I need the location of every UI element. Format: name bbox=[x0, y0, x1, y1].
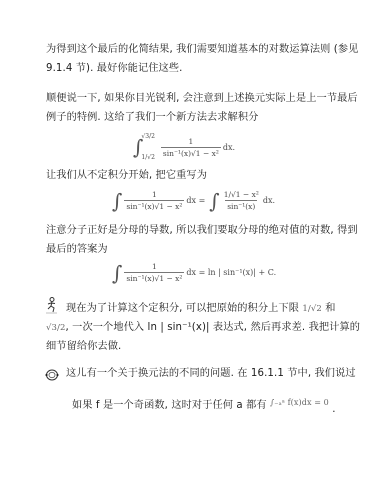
lhs-fraction: 1 sin⁻¹(x)√1 − x² bbox=[124, 190, 184, 211]
paragraph-6-line-2: 如果 f 是一个奇函数, 这时对于任何 a 都有 ∫₋ₐᵃ f(x)dx = 0… bbox=[72, 399, 336, 413]
paragraph-5-line-2: √3/2, 一次一个地代入 ln | sin⁻¹(x)| 表达式, 然后再求差.… bbox=[46, 321, 360, 335]
p5-upper-bound: √3/2 bbox=[46, 323, 66, 333]
rewritten-integral-equation: ∫ 1 sin⁻¹(x)√1 − x² dx = ∫ 1/√1 − x² sin… bbox=[112, 190, 275, 211]
paragraph-5-line-3: 细节留给你去做. bbox=[46, 340, 121, 354]
p5-line1-and: 和 bbox=[325, 303, 335, 314]
lhs-denominator: sin⁻¹(x)√1 − x² bbox=[124, 200, 184, 211]
denominator: sin⁻¹(x)√1 − x² bbox=[124, 272, 184, 283]
paragraph-6-line-1: 这儿有一个关于换元法的不同的问题. 在 16.1.1 节中, 我们说过 bbox=[66, 367, 356, 381]
lhs-numerator: 1 bbox=[150, 190, 159, 200]
upper-limit: √3/2 bbox=[141, 133, 154, 140]
rhs-numerator: 1/√1 − x² bbox=[222, 190, 261, 200]
denominator: sin⁻¹(x)√1 − x² bbox=[161, 147, 221, 158]
paragraph-2-line-2: 例子的特例. 这给了我们一个新方法去求解积分 bbox=[46, 111, 258, 125]
p6-period: . bbox=[332, 404, 335, 415]
target-icon bbox=[45, 366, 59, 385]
paragraph-2-line-1: 顺便说一下, 如果你目光锐利, 会注意到上述换元实际上是上一节最后 bbox=[46, 92, 358, 106]
integral-sign: ∫ bbox=[112, 263, 122, 283]
lower-limit: 1/√2 bbox=[141, 154, 154, 161]
paragraph-4-line-1: 注意分子正好是分母的导数, 所以我们要取分母的绝对值的对数, 得到 bbox=[46, 224, 358, 238]
result: dx = ln | sin⁻¹(x)| + C. bbox=[186, 268, 276, 277]
fraction: 1 sin⁻¹(x)√1 − x² bbox=[124, 262, 184, 283]
lhs-tail: dx = bbox=[186, 196, 205, 205]
final-answer-equation: ∫ 1 sin⁻¹(x)√1 − x² dx = ln | sin⁻¹(x)| … bbox=[112, 262, 276, 283]
p5-line1-text: 现在为了计算这个定积分, 可以把原始的积分上下限 bbox=[66, 303, 299, 314]
rhs-denominator: sin⁻¹(x) bbox=[225, 200, 257, 211]
paragraph-3-line-1: 让我们从不定积分开始, 把它重写为 bbox=[46, 169, 207, 183]
paragraph-5-line-1: 现在为了计算这个定积分, 可以把原始的积分上下限 1/√2 和 bbox=[66, 302, 335, 316]
rhs-tail: dx. bbox=[263, 196, 275, 205]
paragraph-1-line-2: 9.1.4 节). 最好你能记住这些. bbox=[46, 62, 182, 76]
numerator: 1 bbox=[150, 262, 159, 272]
integral-sign: ∫ bbox=[209, 191, 219, 211]
paragraph-1-line-1: 为得到这个最后的化简结果, 我们需要知道基本的对数运算法则 (参见 bbox=[46, 43, 358, 57]
p5-line2-text: , 一次一个地代入 ln | sin⁻¹(x)| 表达式, 然后再求差. 我把计… bbox=[66, 322, 361, 333]
p6-odd-function-integral: ∫₋ₐᵃ f(x)dx = 0 bbox=[270, 398, 329, 407]
differential: dx. bbox=[223, 143, 235, 152]
paragraph-4-line-2: 最后的答案为 bbox=[46, 243, 108, 257]
p5-lower-bound: 1/√2 bbox=[302, 304, 322, 314]
p6-line2-text: 如果 f 是一个奇函数, 这时对于任何 a 都有 bbox=[72, 400, 267, 411]
integral-sign: ∫ bbox=[112, 191, 122, 211]
fraction: 1 sin⁻¹(x)√1 − x² bbox=[161, 137, 221, 158]
definite-integral-equation: ∫ √3/2 1/√2 1 sin⁻¹(x)√1 − x² dx. bbox=[133, 133, 235, 161]
rhs-fraction: 1/√1 − x² sin⁻¹(x) bbox=[222, 190, 261, 211]
integral-limits: √3/2 1/√2 bbox=[141, 133, 154, 161]
running-person-icon bbox=[44, 297, 60, 319]
numerator: 1 bbox=[187, 137, 196, 147]
book-page: 为得到这个最后的化简结果, 我们需要知道基本的对数运算法则 (参见 9.1.4 … bbox=[0, 0, 370, 480]
